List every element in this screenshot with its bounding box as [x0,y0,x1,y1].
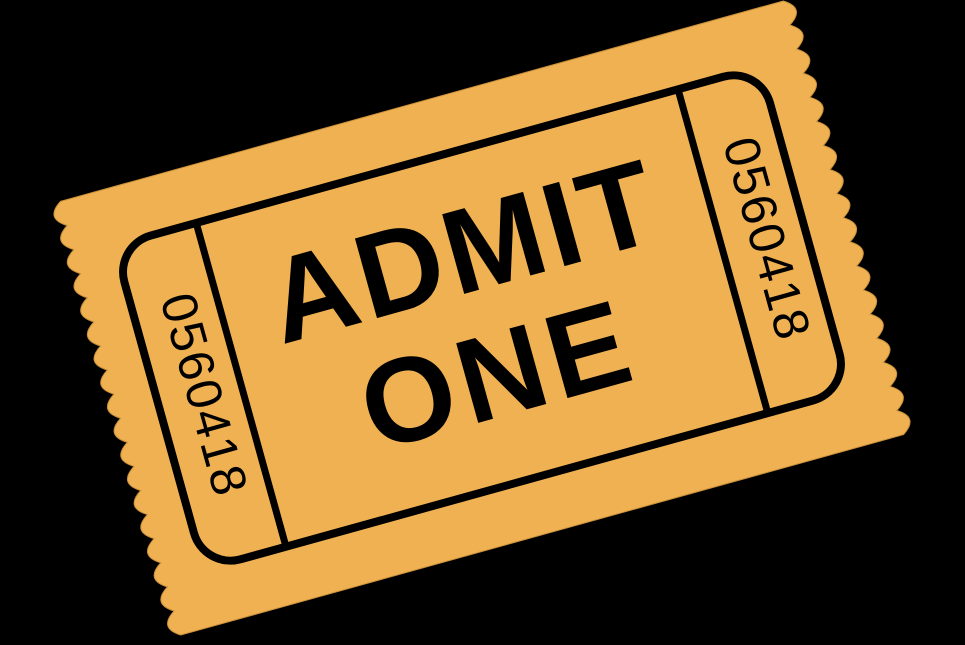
ticket-graphic: ADMIT ONE 0560418 0560418 [0,0,965,645]
ticket: ADMIT ONE 0560418 0560418 [51,0,913,638]
ticket-image: ADMIT ONE 0560418 0560418 [0,0,965,645]
